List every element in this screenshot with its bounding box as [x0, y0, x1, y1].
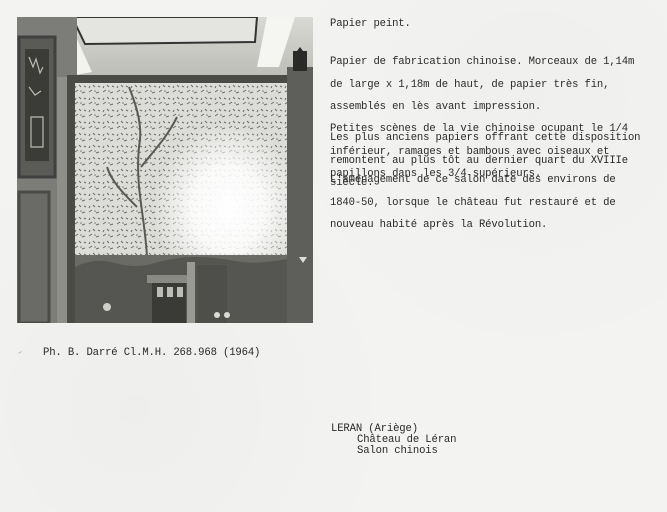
caption-title: Papier peint.	[330, 19, 411, 30]
location-room: Salon chinois	[357, 446, 438, 457]
text-line: Les plus anciens papiers offrant cette d…	[330, 133, 640, 144]
text-line: nouveau habité après la Révolution.	[330, 220, 616, 231]
text-line: Papier de fabrication chinoise. Morceaux…	[330, 57, 634, 68]
salon-photo-illustration	[17, 17, 313, 323]
text-line: assemblés en lès avant impression.	[330, 102, 634, 113]
description-paragraph-3: L'aménagement de ce salon date des envir…	[330, 164, 616, 242]
text-line: de large x 1,18m de haut, de papier très…	[330, 80, 634, 91]
text-line: 1840-50, lorsque le château fut restauré…	[330, 198, 616, 209]
photo-credit: Ph. B. Darré Cl.M.H. 268.968 (1964)	[43, 348, 260, 359]
text-line: L'aménagement de ce salon date des envir…	[330, 175, 616, 186]
photograph	[17, 17, 313, 323]
